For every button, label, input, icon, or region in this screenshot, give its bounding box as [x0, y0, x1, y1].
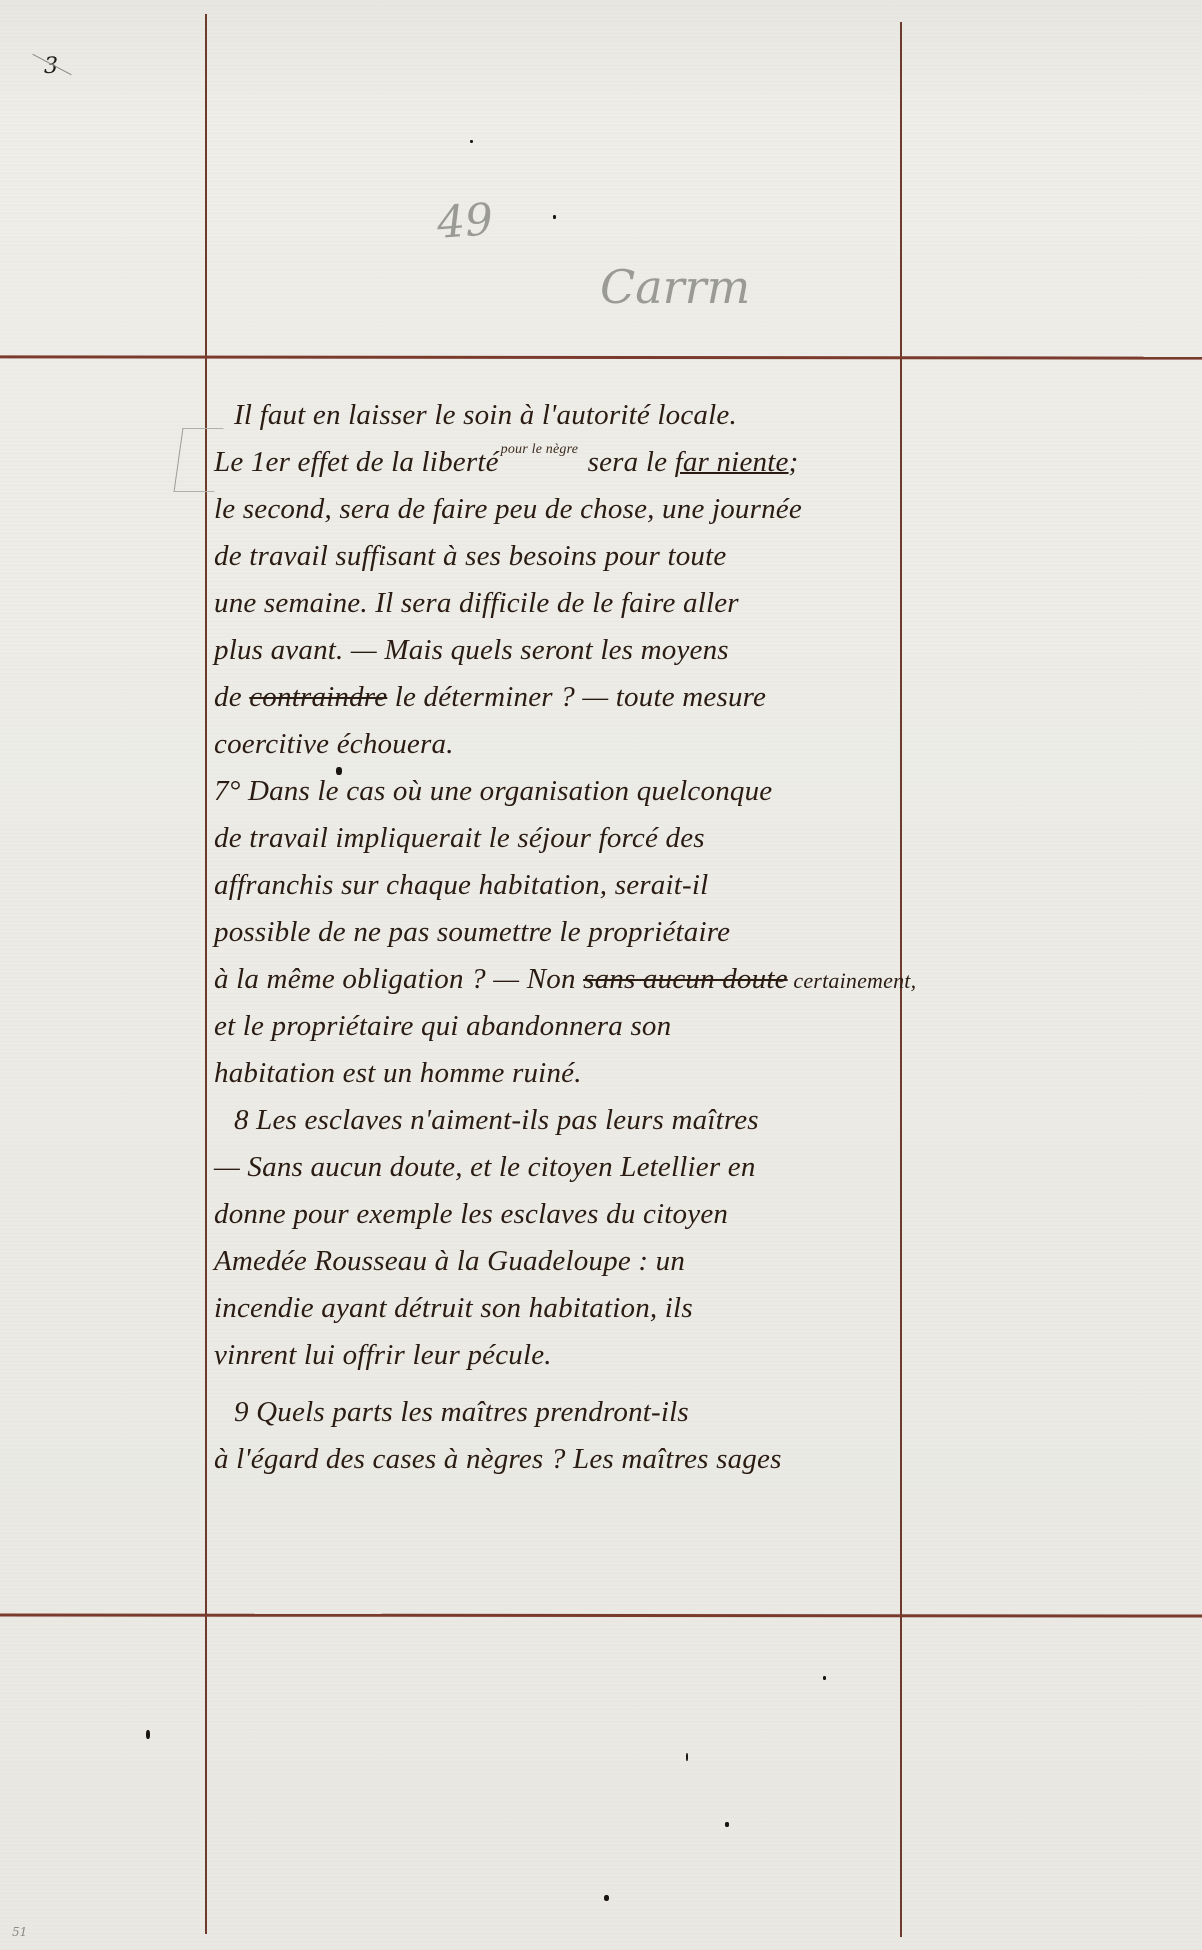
bottom-footer-rule [0, 1613, 1202, 1617]
pencil-annotation-name: Carrm [600, 260, 750, 314]
text-line: donne pour exemple les esclaves du citoy… [214, 1191, 934, 1238]
text-line: possible de ne pas soumettre le propriét… [214, 909, 934, 956]
ink-speck [604, 1895, 609, 1901]
text-line: de travail suffisant à ses besoins pour … [214, 533, 934, 580]
text-line: 7° Dans le cas où une organisation quelc… [214, 768, 934, 815]
manuscript-text: Il faut en laisser le soin à l'autorité … [214, 392, 934, 1483]
interlinear-insertion: pour le nègre [501, 442, 579, 457]
text-line: vinrent lui offrir leur pécule. [214, 1332, 934, 1379]
text-line: coercitive échouera. [214, 721, 934, 768]
text-line: à l'égard des cases à nègres ? Les maîtr… [214, 1436, 934, 1483]
ink-speck [823, 1676, 826, 1680]
crossed-out-page-number: 3 [44, 54, 58, 79]
underlined-phrase: far niente [675, 446, 789, 478]
text-line: 9 Quels parts les maîtres prendront-ils [214, 1389, 934, 1436]
text-line: à la même obligation ? — Non sans aucun … [214, 956, 934, 1003]
ink-speck [470, 140, 473, 143]
ink-speck [146, 1730, 150, 1739]
left-margin-rule [205, 14, 207, 1934]
text-line: affranchis sur chaque habitation, serait… [214, 862, 934, 909]
text-line: incendie ayant détruit son habitation, i… [214, 1285, 934, 1332]
text-line: 8 Les esclaves n'aiment-ils pas leurs ma… [214, 1097, 934, 1144]
text-line: une semaine. Il sera difficile de le fai… [214, 580, 934, 627]
text-line: Le 1er effet de la libertépour le nègre … [214, 439, 934, 486]
text-line: habitation est un homme ruiné. [214, 1050, 934, 1097]
text-line: de travail impliquerait le séjour forcé … [214, 815, 934, 862]
folio-number: 51 [12, 1925, 27, 1939]
pencil-page-number: 49 [435, 194, 494, 249]
text-line: de contraindre le déterminer ? — toute m… [214, 674, 934, 721]
ink-speck [553, 215, 556, 219]
struck-phrase: sans aucun doute [583, 963, 788, 995]
top-header-rule [0, 355, 1202, 359]
ink-speck [336, 767, 342, 775]
text-line: le second, sera de faire peu de chose, u… [214, 486, 934, 533]
text-line: Il faut en laisser le soin à l'autorité … [214, 392, 934, 439]
text-line: Amedée Rousseau à la Guadeloupe : un [214, 1238, 934, 1285]
ink-speck [725, 1822, 729, 1827]
ink-speck [686, 1753, 688, 1761]
text-line: plus avant. — Mais quels seront les moye… [214, 627, 934, 674]
text-line: — Sans aucun doute, et le citoyen Letell… [214, 1144, 934, 1191]
manuscript-page: 3 49 Carrm Il faut en laisser le soin à … [0, 0, 1202, 1950]
text-line: et le propriétaire qui abandonnera son [214, 1003, 934, 1050]
struck-word: contraindre [249, 681, 387, 713]
